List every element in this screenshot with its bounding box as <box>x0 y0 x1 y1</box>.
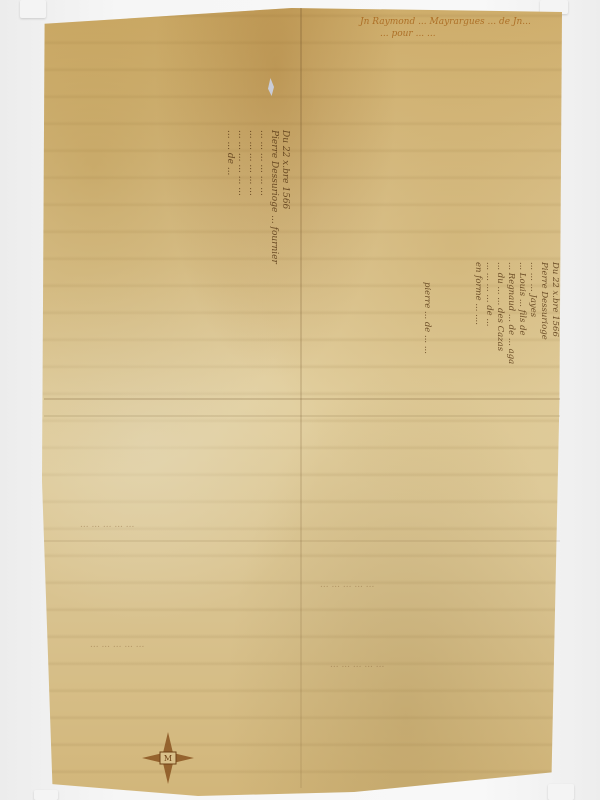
svg-text:M: M <box>164 754 172 763</box>
right-marginal-note: Du 22 x.bre 1566 Pierre Dessurioge ... .… <box>472 262 560 364</box>
left-marginal-note: Du 22 x.bre 1566 Pierre Dessurioge ... f… <box>224 130 290 264</box>
note-line: Pierre Dessurioge ... fournier <box>268 130 279 264</box>
note-line: ... Regnaud ... de ... aga <box>505 262 516 364</box>
signature-line: Jn Raymond ... Mayrargues ... de Jn... <box>360 16 531 28</box>
note-line: ... ... ... ... de ... <box>483 262 494 364</box>
note-line: Pierre Dessurioge <box>538 262 549 364</box>
note-line: en forme ... .... <box>472 262 483 364</box>
bottom-left-clip <box>34 790 58 800</box>
bottom-right-clip <box>548 784 574 800</box>
signature-line: ... pour ... ... <box>360 28 531 40</box>
top-left-clip <box>20 0 46 18</box>
faded-text: ... ... ... ... ... <box>80 520 134 530</box>
note-line: ... Louis ... fils de <box>516 262 527 364</box>
note-line: ... du ... ... des Cazas <box>494 262 505 364</box>
parchment-sheet <box>42 8 562 796</box>
notarial-star-mark-icon: M <box>140 730 196 786</box>
horizontal-fold-line <box>44 540 560 542</box>
note-line: ... ... ... Jayes <box>527 262 538 364</box>
note-line: ... ... ... ... ... ... <box>246 130 257 264</box>
faded-text: ... ... ... ... ... <box>90 640 144 650</box>
middle-marginal-note: pierre ... de ... ... <box>422 282 432 354</box>
note-line: ... ... de ... <box>224 130 235 264</box>
horizontal-fold-line <box>44 415 560 417</box>
faded-text: ... ... ... ... ... <box>330 660 384 670</box>
top-signature: Jn Raymond ... Mayrargues ... de Jn... .… <box>360 16 531 40</box>
horizontal-fold-line <box>44 398 560 400</box>
note-line: Du 22 x.bre 1566 <box>549 262 560 364</box>
note-line: ... ... ... ... ... ... <box>257 130 268 264</box>
note-line: ... ... ... ... ... ... <box>235 130 246 264</box>
faded-text: ... ... ... ... ... <box>320 580 374 590</box>
note-line: Du 22 x.bre 1566 <box>279 130 290 264</box>
